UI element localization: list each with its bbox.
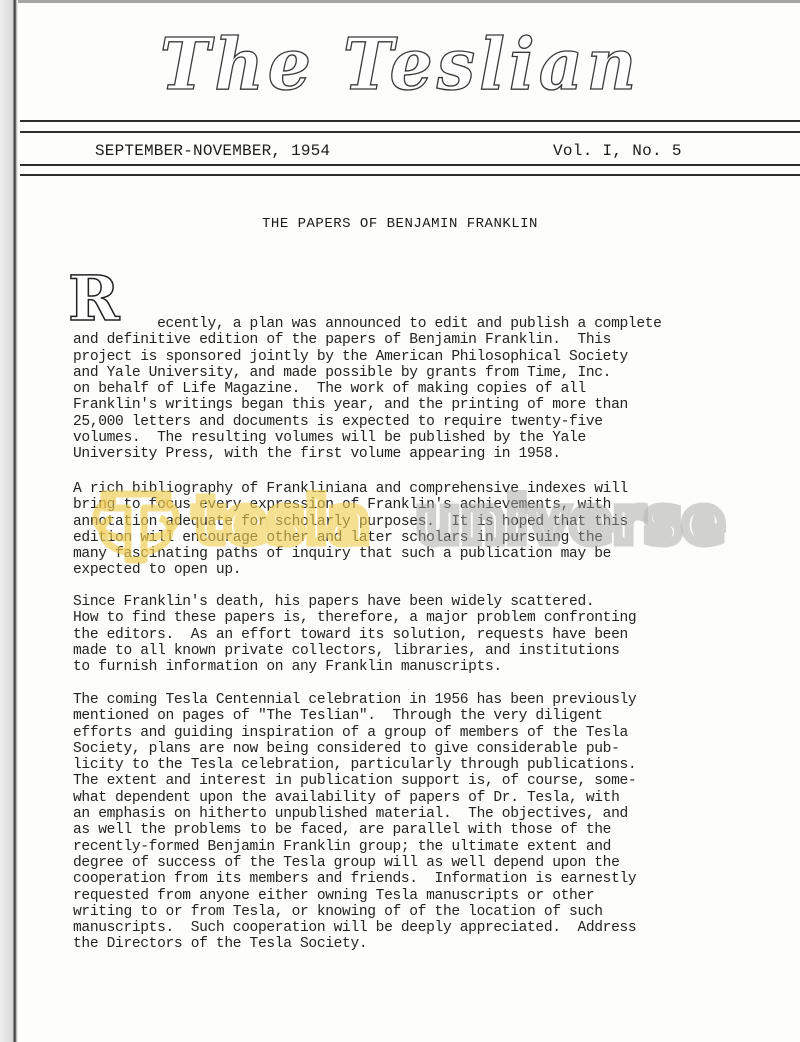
issue-volume: Vol. I, No. 5 [553,142,682,160]
scan-top-edge [0,0,800,3]
paragraph: ecently, a plan was announced to edit an… [73,316,753,463]
paragraph: The coming Tesla Centennial celebration … [73,692,753,953]
masthead-rule [20,131,800,133]
masthead-rule [20,174,800,176]
article-title: THE PAPERS OF BENJAMIN FRANKLIN [0,216,800,232]
newsletter-title: The Teslian [160,18,641,113]
masthead-rule [20,120,800,122]
issue-date: SEPTEMBER-NOVEMBER, 1954 [95,142,330,160]
masthead-rule [20,164,800,166]
paragraph: Since Franklin's death, his papers have … [73,594,753,675]
scan-binding-edge [0,0,18,1042]
paragraph: A rich bibliography of Frankliniana and … [73,481,753,579]
masthead: The Teslian [0,20,800,110]
